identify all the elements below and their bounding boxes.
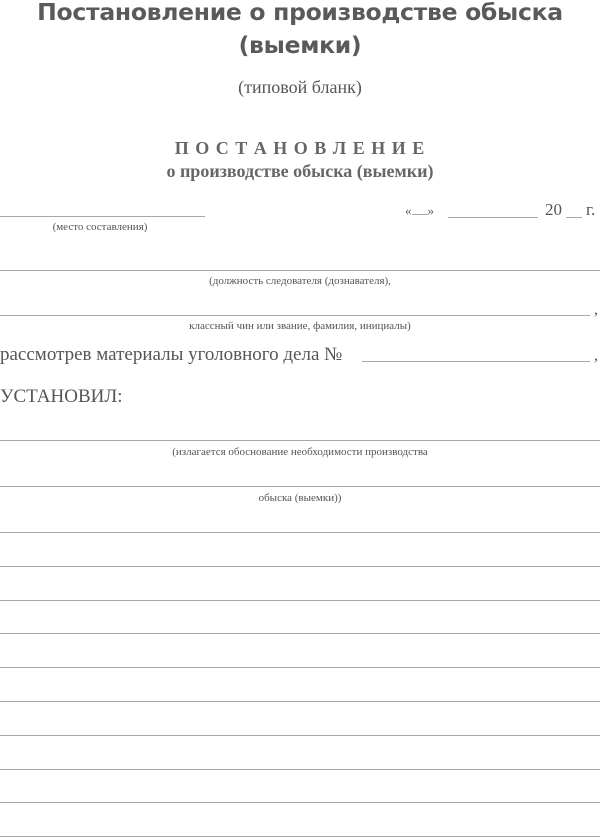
justification-caption-2: обыска (выемки)) (0, 492, 600, 504)
place-caption: (место составления) (0, 221, 200, 233)
date-day-field[interactable] (412, 202, 428, 215)
rank-caption: классный чин или звание, фамилия, инициа… (0, 320, 600, 332)
date-year-field[interactable] (566, 217, 582, 218)
blank-line[interactable] (0, 532, 600, 533)
case-text: рассмотрев материалы уголовного дела № (0, 344, 342, 366)
document-subheading: о производстве обыска (выемки) (0, 161, 600, 182)
blank-line[interactable] (0, 566, 600, 567)
blank-line[interactable] (0, 769, 600, 770)
blank-line[interactable] (0, 633, 600, 634)
document-heading: П О С Т А Н О В Л Е Н И Е (0, 138, 600, 159)
blank-line[interactable] (0, 701, 600, 702)
blank-line[interactable] (0, 802, 600, 803)
case-comma: , (594, 347, 598, 365)
justification-caption-1: (излагается обоснование необходимости пр… (0, 446, 600, 458)
rank-name-field[interactable] (0, 315, 590, 316)
rank-comma: , (594, 301, 598, 319)
date-close-quote: » (428, 203, 435, 218)
justification-field-1[interactable] (0, 440, 600, 441)
page-title-line-2: (выемки) (0, 29, 600, 61)
blank-line[interactable] (0, 667, 600, 668)
blank-line[interactable] (0, 600, 600, 601)
justification-field-2[interactable] (0, 486, 600, 487)
blank-line[interactable] (0, 735, 600, 736)
date-year-prefix: 20 (545, 200, 562, 220)
date-month-field[interactable] (448, 217, 538, 218)
place-field[interactable] (0, 216, 205, 217)
established-label: УСТАНОВИЛ: (0, 386, 123, 408)
date-field: «» (405, 202, 434, 220)
page-subtitle: (типовой бланк) (0, 77, 600, 98)
date-year-suffix: г. (586, 200, 595, 220)
case-number-field[interactable] (362, 361, 590, 362)
position-caption: (должность следователя (дознавателя), (0, 275, 600, 287)
position-field[interactable] (0, 270, 600, 271)
page-title: Постановление о производстве обыска (0, 0, 600, 28)
